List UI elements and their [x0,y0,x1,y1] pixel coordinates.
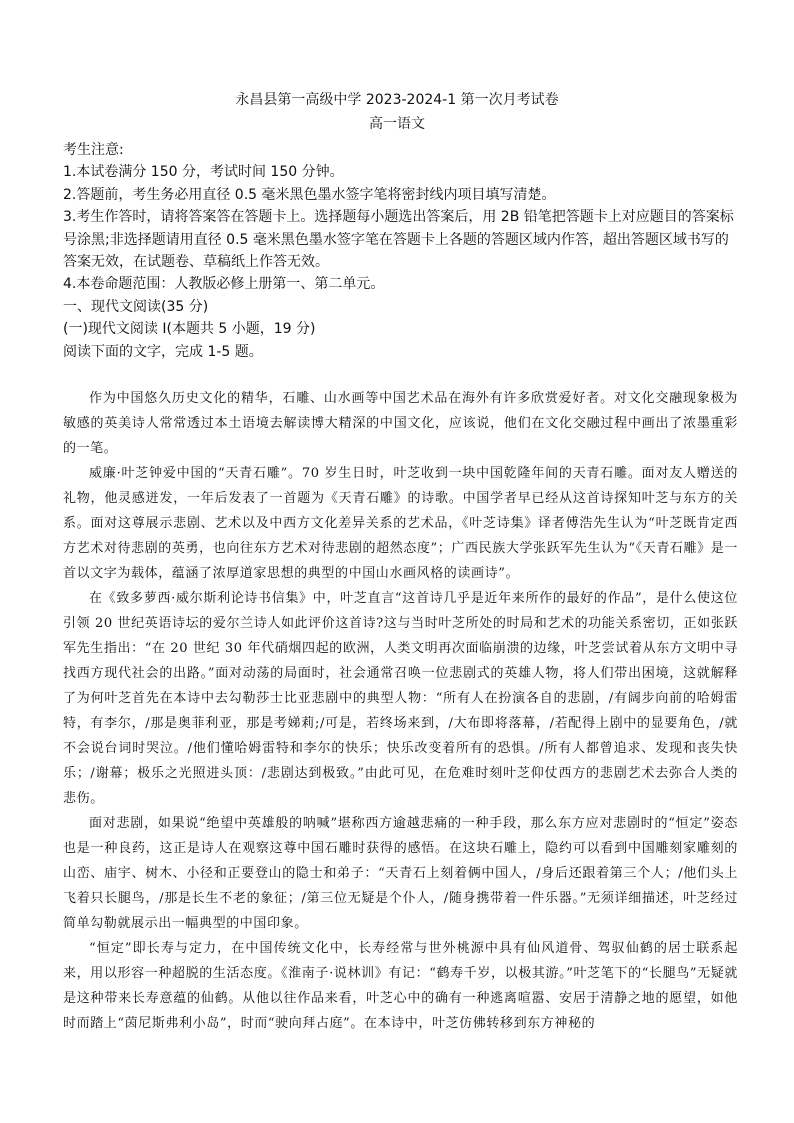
reading-instruction: 阅读下面的文字，完成 1-5 题。 [63,341,738,363]
passage-paragraph: 面对悲剧，如果说“绝望中英雄般的呐喊”堪称西方逾越悲痛的一种手段，那么东方应对悲… [63,811,738,936]
note-item: 3.考生作答时，请将答案答在答题卡上。选择题每小题选出答案后，用 2B 铅笔把答… [63,206,738,273]
passage-paragraph: 作为中国悠久历史文化的精华，石雕、山水画等中国艺术品在海外有许多欣赏爱好者。对文… [63,386,738,461]
subsection-heading: (一)现代文阅读 I(本题共 5 小题，19 分) [63,318,738,340]
reading-passage: 作为中国悠久历史文化的精华，石雕、山水画等中国艺术品在海外有许多欣赏爱好者。对文… [63,386,738,1036]
notes-heading: 考生注意: [63,139,738,161]
note-item: 4.本卷命题范围：人教版必修上册第一、第二单元。 [63,273,738,295]
section-heading: 一、现代文阅读(35 分) [63,296,738,318]
subject-title: 高一语文 [0,115,794,133]
exam-notes: 考生注意: 1.本试卷满分 150 分，考试时间 150 分钟。 2.答题前，考… [63,139,738,363]
exam-page: 永昌县第一高级中学 2023-2024-1 第一次月考试卷 高一语文 考生注意:… [0,0,794,1123]
exam-title: 永昌县第一高级中学 2023-2024-1 第一次月考试卷 [0,91,794,109]
note-item: 2.答题前，考生务必用直径 0.5 毫米黑色墨水签字笔将密封线内项目填写清楚。 [63,184,738,206]
passage-paragraph: “恒定”即长寿与定力，在中国传统文化中，长寿经常与世外桃源中具有仙风道骨、驾驭仙… [63,936,738,1036]
note-item: 1.本试卷满分 150 分，考试时间 150 分钟。 [63,161,738,183]
passage-paragraph: 在《致多萝西·威尔斯利论诗书信集》中，叶芝直言“这首诗几乎是近年来所作的最好的作… [63,586,738,811]
passage-paragraph: 威廉·叶芝钟爱中国的“天青石雕”。70 岁生日时，叶芝收到一块中国乾隆年间的天青… [63,461,738,586]
